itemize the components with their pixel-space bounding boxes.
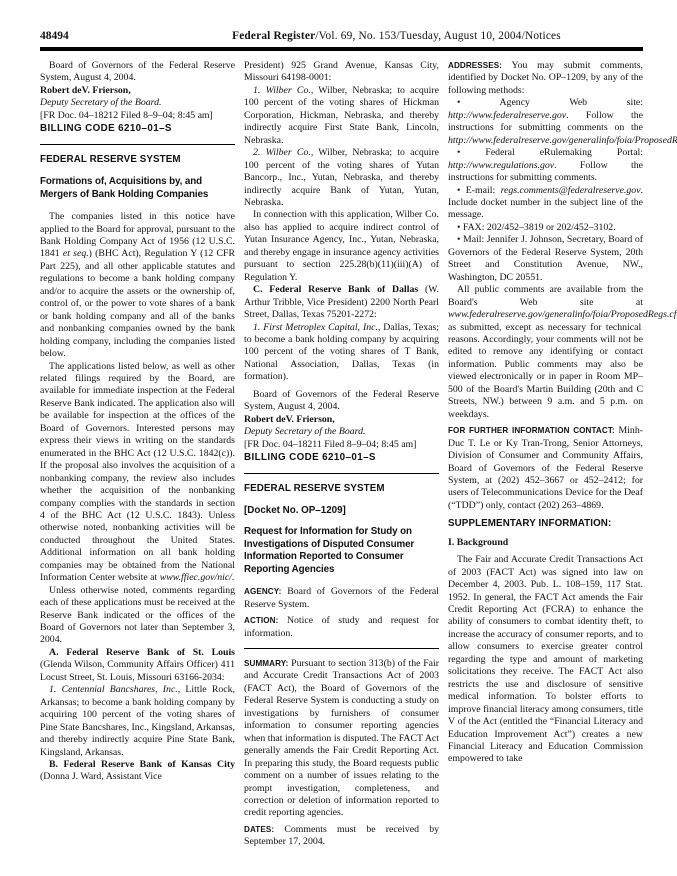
fr-doc-line: [FR Doc. 04–18211 Filed 8–9–04; 8:45 am]	[244, 439, 439, 451]
applicant-name: 1. Centennial Bancshares, Inc.,	[49, 684, 180, 695]
paragraph: A. Federal Reserve Bank of St. Louis (Gl…	[40, 647, 235, 684]
paragraph: 1. Centennial Bancshares, Inc., Little R…	[40, 684, 235, 759]
action-line: ACTION: Notice of study and request for …	[244, 615, 439, 640]
addresses-paragraph: ADDRESSES: You may submit comments, iden…	[448, 60, 643, 97]
paragraph: The Fair and Accurate Credit Transaction…	[448, 554, 643, 766]
journal-name: Federal Register	[232, 30, 315, 42]
applicant-name: 1. First Metroplex Capital, Inc.,	[253, 322, 380, 333]
background-heading: I. Background	[448, 537, 643, 549]
signoff-name: Robert deV. Frierson,	[244, 414, 439, 426]
bullet-agency-website: • Agency Web site: http://www.federalres…	[448, 97, 643, 147]
paragraph: All public comments are available from t…	[448, 284, 643, 421]
column-3: ADDRESSES: You may submit comments, iden…	[448, 60, 643, 849]
reserve-bank-name: C. Federal Reserve Bank of Dallas	[253, 284, 418, 295]
column-1: Board of Governors of the Federal Reserv…	[40, 60, 235, 849]
text-run: (Donna J. Ward, Assistant Vice	[40, 771, 162, 782]
text-run: (Glenda Wilson, Community Affairs Office…	[40, 659, 235, 682]
paragraph: C. Federal Reserve Bank of Dallas (W. Ar…	[244, 284, 439, 321]
bullet-email: • E-mail: regs.comments@federalreserve.g…	[448, 185, 643, 222]
text-run: ) (BHC Act), Regulation Y (12 CFR Part 2…	[40, 248, 235, 359]
text-run: • E-mail:	[457, 185, 501, 196]
paragraph: The applications listed below, as well a…	[40, 361, 235, 585]
bullet-erulemaking: • Federal eRulemaking Portal: http://www…	[448, 147, 643, 184]
signoff-org-date: Board of Governors of the Federal Reserv…	[244, 389, 439, 414]
signature-block-1: Board of Governors of the Federal Reserv…	[40, 60, 235, 136]
signoff-role: Deputy Secretary of the Board.	[40, 97, 235, 109]
text-run: Minh-Duc T. Le or Ky Tran-Trong, Senior …	[448, 425, 643, 511]
billing-code: BILLING CODE 6210–01–S	[40, 123, 235, 135]
section-divider	[244, 648, 439, 649]
notice-title: Formations of, Acquisitions by, and Merg…	[40, 176, 235, 201]
text-run: as submitted, except as necessary for te…	[448, 322, 643, 420]
fr-doc-line: [FR Doc. 04–18212 Filed 8–9–04; 8:45 am]	[40, 110, 235, 122]
text-run: The applications listed below, as well a…	[40, 361, 235, 584]
signoff-role: Deputy Secretary of the Board.	[244, 426, 439, 438]
section-divider	[244, 473, 439, 474]
website-url: http://www.regulations.gov	[448, 160, 554, 171]
dates-paragraph: DATES: Comments must be received by Sept…	[244, 824, 439, 849]
page-header: 48494 Federal Register/Vol. 69, No. 153/…	[40, 30, 643, 42]
notice-title: Request for Information for Study on Inv…	[244, 526, 439, 576]
billing-code: BILLING CODE 6210–01–S	[244, 452, 439, 464]
column-2: President) 925 Grand Avenue, Kansas City…	[244, 60, 439, 849]
paragraph: B. Federal Reserve Bank of Kansas City (…	[40, 759, 235, 784]
paragraph-continuation: President) 925 Grand Avenue, Kansas City…	[244, 60, 439, 85]
supplementary-label: SUPPLEMENTARY INFORMATION:	[448, 518, 643, 530]
masthead-title: Federal Register/Vol. 69, No. 153/Tuesda…	[150, 30, 643, 42]
agency-label: AGENCY:	[244, 587, 281, 596]
reserve-bank-name: A. Federal Reserve Bank of St. Louis	[49, 647, 235, 658]
summary-paragraph: SUMMARY: Pursuant to section 313(b) of t…	[244, 658, 439, 820]
federal-register-page: 48494 Federal Register/Vol. 69, No. 153/…	[0, 0, 677, 876]
website-url: www.federalreserve.gov/generalinfo/foia/…	[448, 309, 677, 320]
applicant-name: 2. Wilber Co.	[253, 147, 311, 158]
website-url: http://www.federalreserve.gov/generalinf…	[448, 135, 677, 146]
text-run: Comments must be received by September 1…	[244, 824, 439, 847]
agency-heading: FEDERAL RESERVE SYSTEM	[244, 483, 439, 495]
contact-paragraph: FOR FURTHER INFORMATION CONTACT: Minh-Du…	[448, 425, 643, 512]
bullet-fax: • FAX: 202/452–3819 or 202/452–3102.	[448, 222, 643, 234]
applicant-name: 1. Wilber Co.	[253, 85, 311, 96]
page-number: 48494	[40, 30, 150, 42]
summary-label: SUMMARY:	[244, 659, 288, 668]
agency-heading: FEDERAL RESERVE SYSTEM	[40, 154, 235, 166]
agency-line: AGENCY: Board of Governors of the Federa…	[244, 586, 439, 611]
signoff-org-date: Board of Governors of the Federal Reserv…	[40, 60, 235, 85]
dates-label: DATES:	[244, 825, 274, 834]
three-column-body: Board of Governors of the Federal Reserv…	[40, 60, 643, 849]
text-run: • Agency Web site:	[457, 97, 643, 108]
email-address: regs.comments@federalreserve.gov	[501, 185, 641, 196]
paragraph: 1. First Metroplex Capital, Inc., Dallas…	[244, 322, 439, 384]
bullet-mail: • Mail: Jennifer J. Johnson, Secretary, …	[448, 234, 643, 284]
text-run: All public comments are available from t…	[448, 284, 643, 307]
website-url: http://www.federalreserve.gov	[448, 110, 566, 121]
text-run-italic: et seq.	[63, 248, 89, 259]
signature-block-2: Board of Governors of the Federal Reserv…	[244, 389, 439, 465]
signoff-name: Robert deV. Frierson,	[40, 85, 235, 97]
paragraph: Unless otherwise noted, comments regardi…	[40, 585, 235, 647]
header-rule	[40, 47, 643, 51]
paragraph: 2. Wilber Co., Wilber, Nebraska; to acqu…	[244, 147, 439, 209]
addresses-label: ADDRESSES:	[448, 61, 502, 70]
action-label: ACTION:	[244, 616, 278, 625]
text-run: Pursuant to section 313(b) of the Fair a…	[244, 658, 439, 818]
text-run: • Federal eRulemaking Portal:	[457, 147, 643, 158]
contact-label: FOR FURTHER INFORMATION CONTACT:	[448, 426, 615, 435]
section-divider	[40, 144, 235, 145]
paragraph: In connection with this application, Wil…	[244, 209, 439, 284]
docket-number: [Docket No. OP–1209]	[244, 505, 439, 517]
reserve-bank-name: B. Federal Reserve Bank of Kansas City	[49, 759, 235, 770]
paragraph: 1. Wilber Co., Wilber, Nebraska; to acqu…	[244, 85, 439, 147]
text-run: .	[232, 572, 234, 583]
paragraph: The companies listed in this notice have…	[40, 211, 235, 360]
issue-info: /Vol. 69, No. 153/Tuesday, August 10, 20…	[315, 30, 561, 42]
website-url: www.ffiec.gov/nic/	[160, 572, 232, 583]
